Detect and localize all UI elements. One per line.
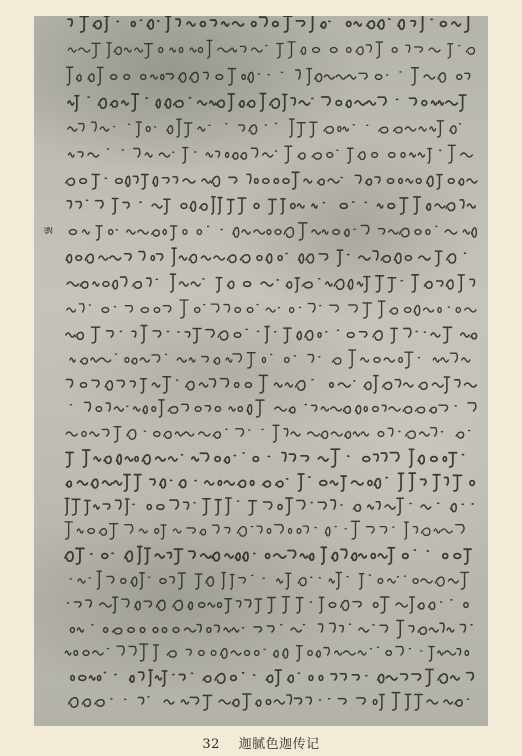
manuscript-line (67, 197, 475, 214)
page-number: 32 (202, 737, 220, 752)
manuscript-line (70, 571, 468, 589)
manuscript-line (66, 473, 474, 491)
manuscript-line (66, 248, 465, 266)
manuscript-line (71, 669, 474, 686)
manuscript-line (67, 67, 470, 85)
margin-mark: ཨ (44, 219, 53, 250)
manuscript-line (70, 620, 472, 638)
manuscript-line (68, 119, 461, 137)
manuscript-line (69, 145, 473, 163)
manuscript-line (65, 644, 468, 661)
manuscript-line (67, 274, 474, 292)
manuscript-line (66, 326, 477, 343)
manuscript-line (65, 498, 473, 515)
manuscript-line (65, 521, 464, 539)
caption-title: 迦腻色迦传记 (239, 737, 320, 752)
manuscript-line (68, 16, 473, 32)
manuscript-line (66, 425, 469, 442)
manuscript-line (68, 40, 474, 58)
manuscript-line (70, 350, 470, 368)
manuscript-line (68, 597, 469, 613)
page-caption: 32 迦腻色迦传记 (0, 733, 522, 752)
manuscript-line (66, 375, 476, 393)
manuscript-line (67, 300, 476, 318)
manuscript-line (70, 400, 475, 417)
manuscript-plate (34, 16, 488, 726)
manuscript-line (68, 94, 466, 111)
manuscript-text-lines (34, 16, 488, 726)
manuscript-line (66, 172, 477, 189)
manuscript-line (69, 223, 476, 240)
manuscript-line (66, 449, 464, 467)
manuscript-line (69, 693, 469, 710)
manuscript-line (65, 547, 471, 564)
